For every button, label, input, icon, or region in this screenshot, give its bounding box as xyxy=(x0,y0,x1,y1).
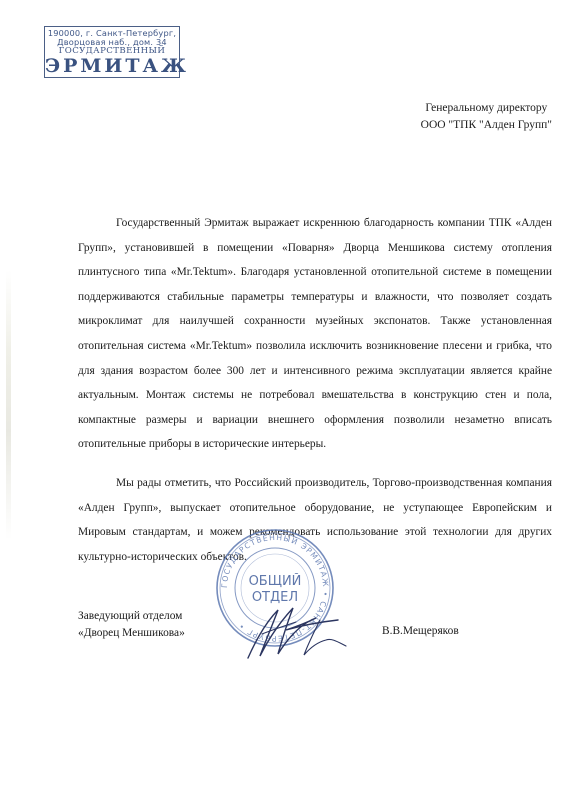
signer-position: Заведующий отделом xyxy=(78,608,185,625)
letter-body: Государственный Эрмитаж выражает искренн… xyxy=(78,211,552,569)
signer-department: «Дворец Меншикова» xyxy=(78,625,185,642)
signature-block: Заведующий отделом «Дворец Меншикова» xyxy=(78,608,185,642)
body-paragraph-1: Государственный Эрмитаж выражает искренн… xyxy=(78,211,552,457)
handwritten-signature-icon xyxy=(238,600,353,660)
hermitage-letterhead-stamp: 190000, г. Санкт-Петербург, Дворцовая на… xyxy=(44,26,180,78)
scan-edge-artifact xyxy=(6,270,11,540)
addressee-block: Генеральному директору ООО "ТПК "Алден Г… xyxy=(421,100,552,134)
signer-name: В.В.Мещеряков xyxy=(382,625,459,637)
svg-text:ОБЩИЙ: ОБЩИЙ xyxy=(249,573,302,589)
stamp-org-name: ЭРМИТАЖ xyxy=(45,57,179,76)
addressee-title: Генеральному директору xyxy=(421,100,552,117)
addressee-company: ООО "ТПК "Алден Групп" xyxy=(421,117,552,134)
